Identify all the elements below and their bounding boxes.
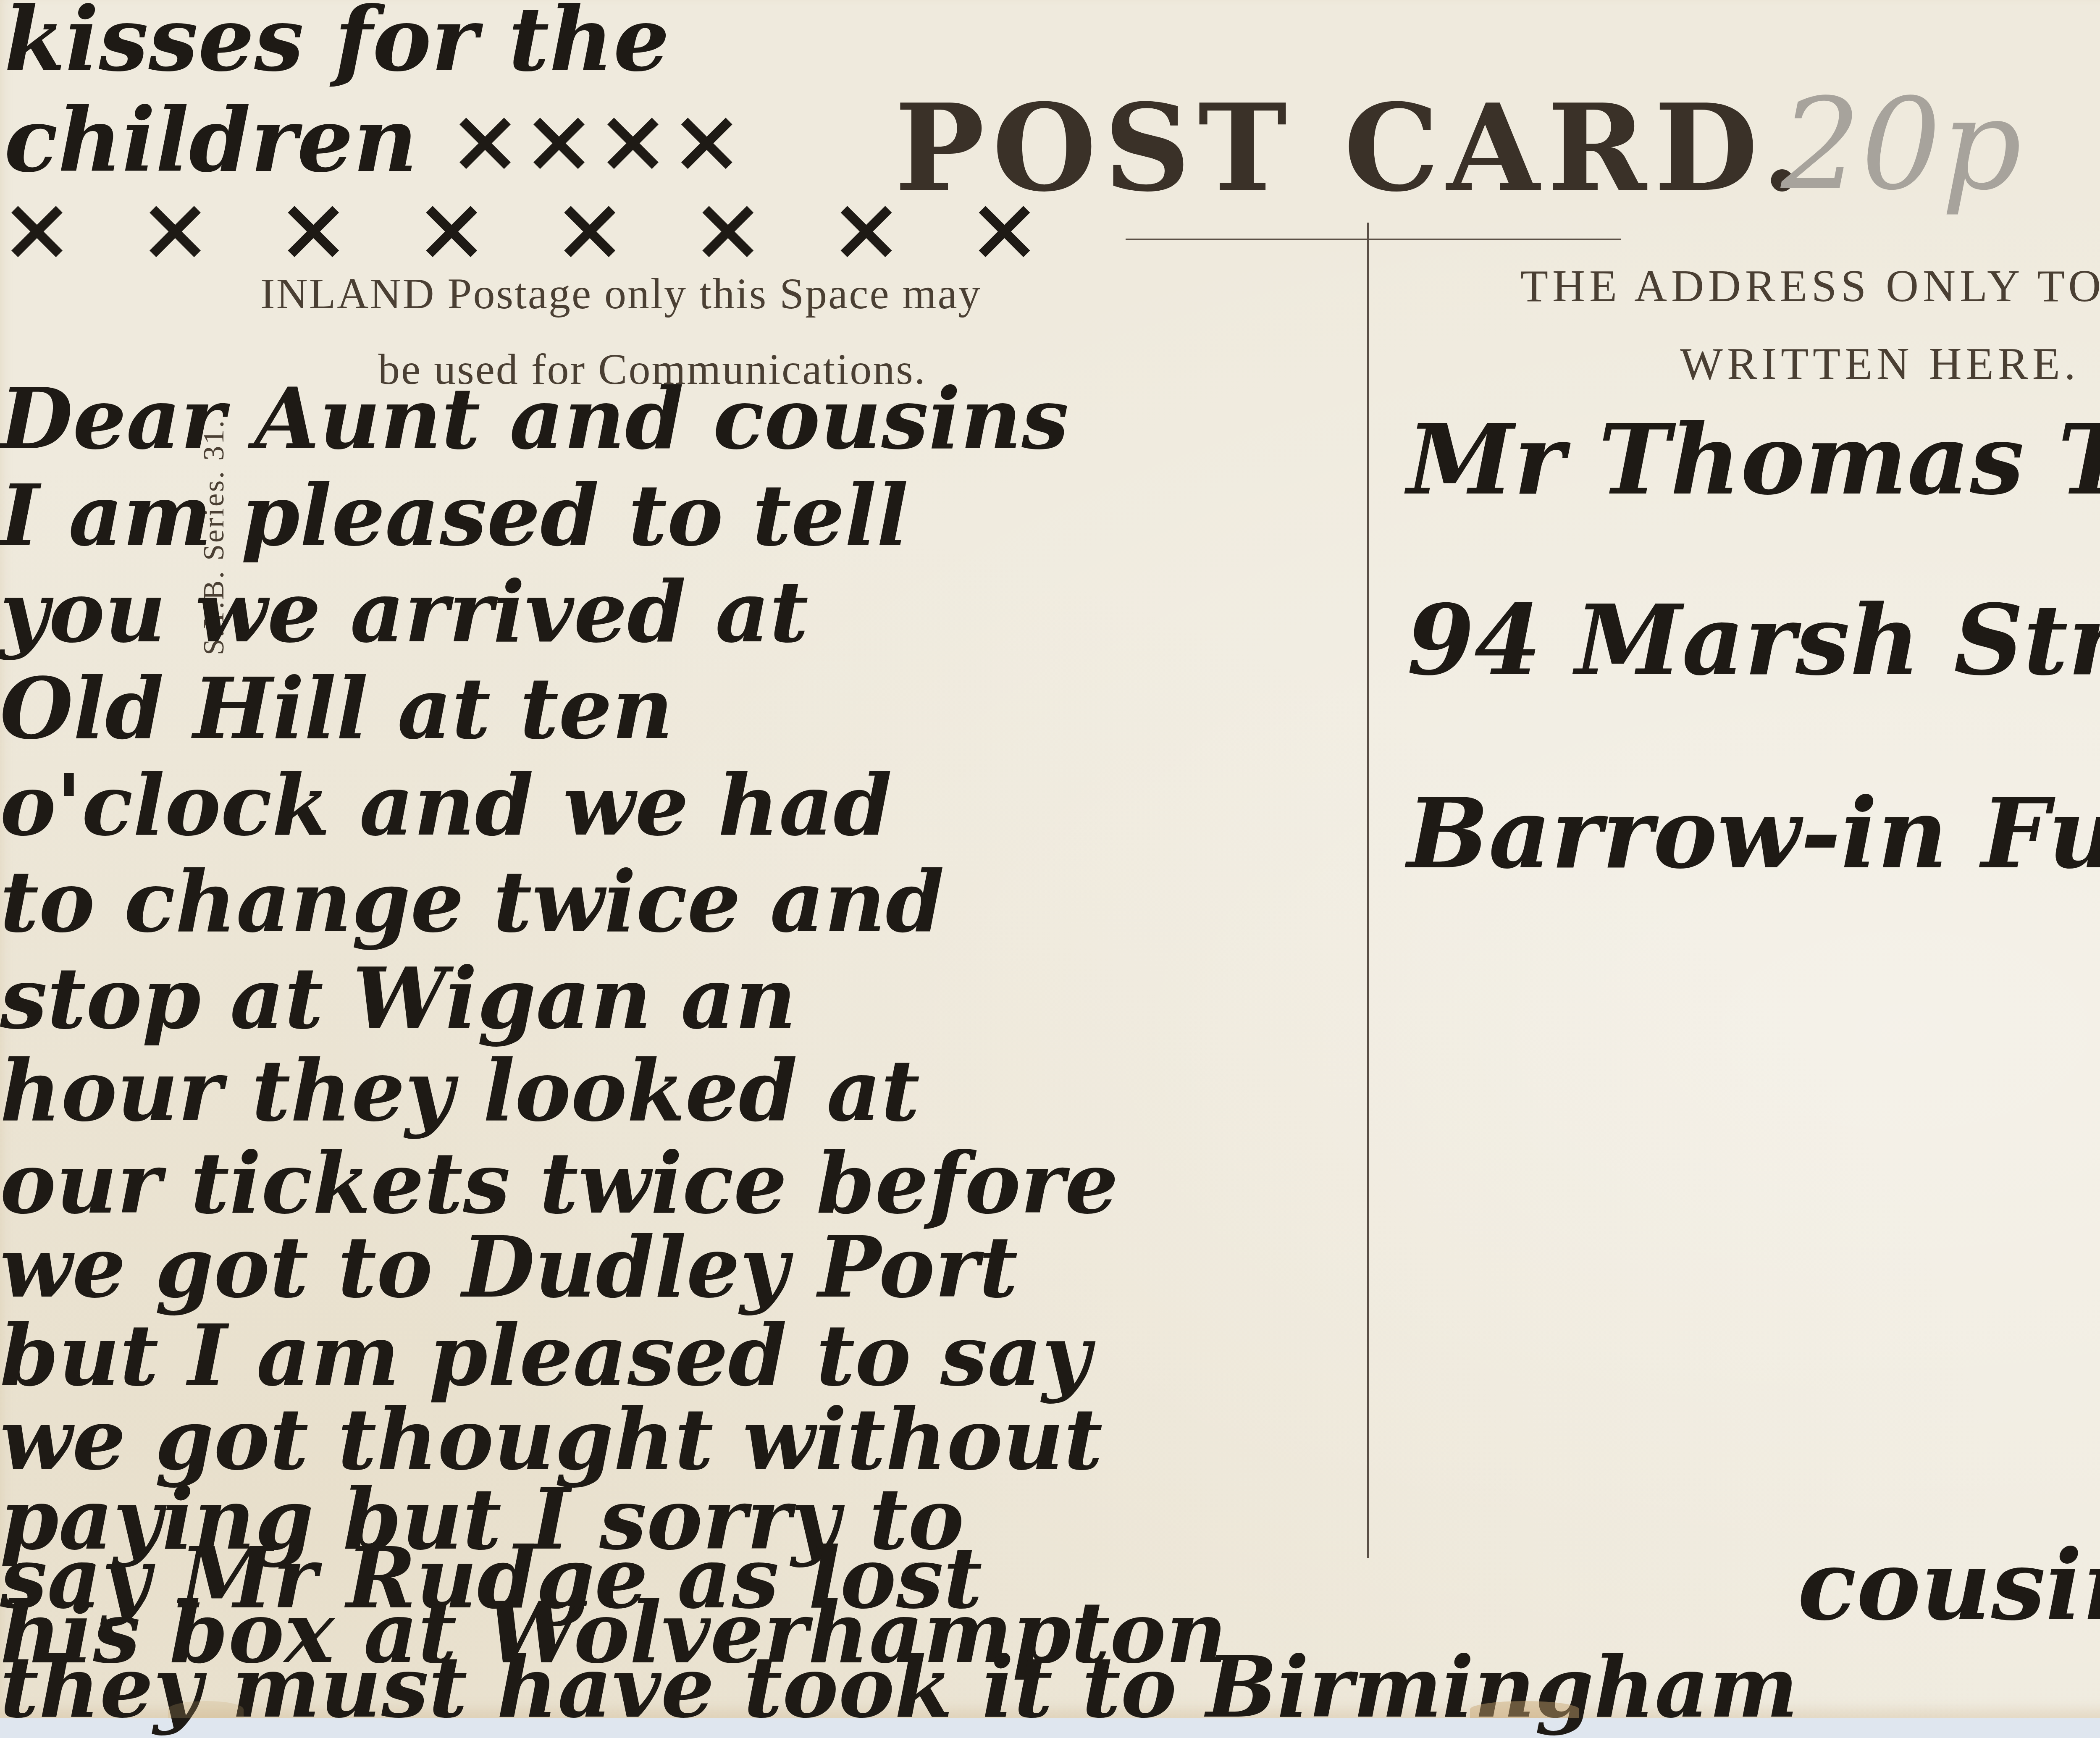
edge-stain [1470,1701,1579,1718]
message-line: they must have took it to Birmingham [0,1638,1798,1737]
center-divider-line [1367,223,1369,1558]
message-line: we got to Dudley Port [0,1218,1018,1317]
address-instruction-line2: WRITTEN HERE. [1680,338,2080,390]
kisses-line-1: kisses for the [4,0,669,91]
message-line: stop at Wigan an [0,949,796,1048]
address-line-street: 94 Marsh Street [1407,584,2100,697]
message-line: hour they looked at [0,1042,920,1140]
address-line-town: Barrow-in Furness [1407,777,2100,890]
address-line-name: Mr Thomas Trumper [1407,403,2100,517]
message-line: to change twice and [0,853,944,951]
message-line: Old Hill at ten [0,659,673,758]
message-line: I am pleased to tell [0,466,908,565]
address-instruction-line1: THE ADDRESS ONLY TO [1520,260,2100,312]
pencil-price-note: 20p [1781,71,2022,218]
postcard-back: POST CARD. INLAND Postage only this Spac… [0,0,2100,1718]
message-line: you we arrived at [0,563,808,662]
message-line: o'clock and we had [0,756,892,855]
heading-rule [1126,239,1621,240]
kisses-line-3: × × × × × × × × [0,176,1058,280]
edge-stain [168,1701,244,1718]
signature: cousin Martha [1798,1529,2100,1642]
message-line: Dear Aunt and cousins [0,370,1069,468]
